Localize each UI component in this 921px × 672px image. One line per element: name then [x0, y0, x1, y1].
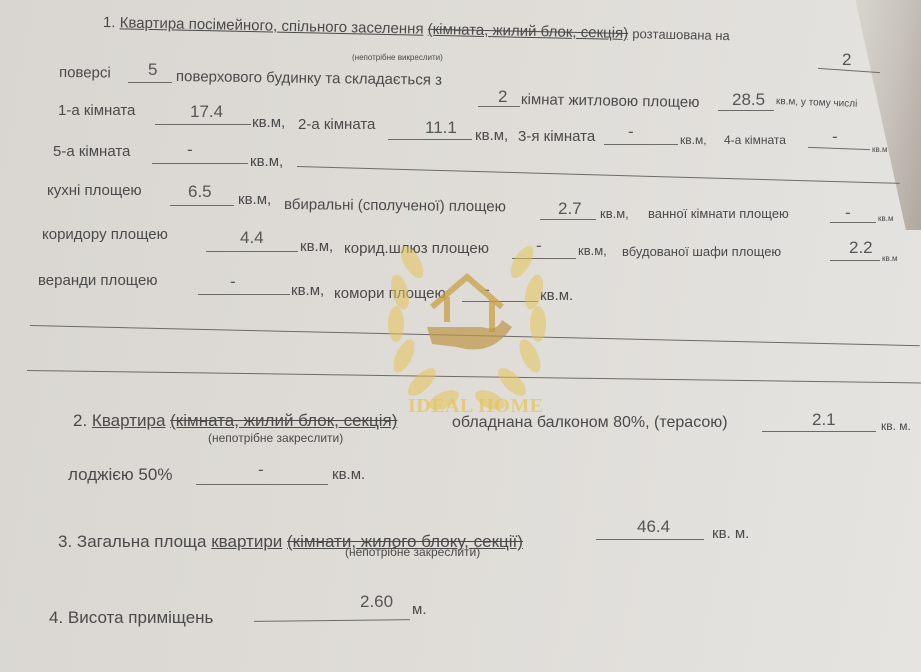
floor-label: поверсі: [59, 64, 111, 82]
total-area-unit: кв. м.: [712, 525, 749, 542]
room-5-unit: кв.м,: [250, 153, 283, 170]
section-title: Квартира посімейного, спільного заселенн…: [120, 14, 424, 37]
balcony-line: [762, 431, 876, 432]
total-area-label: Загальна площа: [77, 532, 207, 551]
section-title: Квартира: [92, 411, 165, 430]
struck-options: (кімната, жилий блок, секція): [170, 411, 397, 430]
kitchen-value: 6.5: [188, 182, 212, 202]
bathroom-line: [830, 222, 876, 223]
bathroom-label: ванної кімнати площею: [648, 206, 789, 221]
watermark-text: IDEAL HOME: [408, 395, 544, 418]
room-1-line: [155, 124, 251, 125]
rooms-count-value: 2: [498, 87, 507, 107]
located-on-label: розташована на: [632, 26, 730, 43]
floor-value: 2: [842, 50, 851, 70]
room-2-line: [388, 139, 472, 140]
wardrobe-unit: кв.м: [882, 254, 897, 263]
section-number: 2.: [73, 411, 87, 430]
cross-out-hint: (непотрібне закреслити): [208, 431, 343, 445]
building-floors-value: 5: [148, 60, 157, 80]
blank-line: [297, 166, 900, 184]
kitchen-line: [170, 205, 234, 206]
veranda-line: [198, 294, 290, 295]
total-area-value: 46.4: [637, 517, 670, 537]
corridor-label: коридору площею: [42, 226, 168, 243]
corridor-unit: кв.м,: [300, 238, 333, 255]
height-unit: м.: [412, 601, 426, 618]
page-edge-shadow: [820, 0, 921, 230]
corridor-value: 4.4: [240, 228, 264, 248]
room-1-label: 1-а кімната: [58, 102, 135, 119]
room-5-value: -: [187, 140, 193, 160]
room-4-line: [808, 147, 870, 150]
room-3-label: 3-я кімната: [518, 128, 595, 145]
blank-line-2: [30, 325, 920, 346]
toilet-line: [540, 219, 596, 220]
section-2-heading: 2. Квартира (кімната, жилий блок, секція…: [73, 411, 397, 431]
toilet-unit: кв.м,: [600, 206, 629, 221]
loggia-line: [196, 484, 328, 485]
balcony-value: 2.1: [812, 410, 836, 430]
wardrobe-label: вбудованої шафи площею: [622, 244, 781, 259]
wardrobe-line: [830, 260, 880, 261]
living-area-value: 28.5: [732, 90, 765, 110]
house-laurel-logo-icon: [372, 232, 562, 422]
veranda-label: веранди площею: [38, 272, 158, 289]
room-5-line: [152, 163, 248, 164]
building-floors-label: поверхового будинку та складається з: [176, 68, 442, 89]
room-4-label: 4-а кімната: [724, 133, 786, 147]
pantry-line: [462, 301, 538, 302]
kitchen-unit: кв.м,: [238, 191, 271, 208]
corridor-line: [206, 251, 298, 252]
section-4-heading: 4. Висота приміщень: [49, 608, 213, 628]
building-floors-line: [128, 82, 172, 83]
room-4-value: -: [832, 127, 838, 147]
loggia-label: лоджією 50%: [68, 465, 172, 485]
struck-options: (кімната, жилий блок, секція): [428, 21, 629, 42]
corridor-lock-line: [512, 258, 576, 259]
rooms-label: кімнат житловою площею: [521, 91, 700, 111]
section-number: 3.: [58, 532, 72, 551]
blank-line-3: [27, 370, 921, 383]
corridor-lock-unit: кв.м,: [578, 243, 607, 258]
loggia-value: -: [258, 460, 264, 480]
kitchen-label: кухні площею: [47, 182, 142, 199]
room-1-unit: кв.м,: [252, 114, 285, 131]
room-3-value: -: [628, 122, 634, 142]
bathroom-value: -: [845, 203, 851, 223]
total-area-line: [596, 539, 704, 540]
wardrobe-value: 2.2: [849, 238, 873, 258]
room-2-label: 2-а кімната: [298, 116, 375, 133]
room-1-value: 17.4: [190, 102, 223, 122]
corridor-lock-label: корид.шлюз площею: [344, 240, 489, 257]
section-title: квартири: [211, 532, 282, 551]
section-number: 1.: [103, 14, 116, 31]
living-area-unit: кв.м, у тому числі: [776, 96, 858, 110]
toilet-value: 2.7: [558, 199, 582, 219]
pantry-value: -: [484, 280, 490, 300]
corridor-lock-value: -: [536, 236, 542, 256]
room-3-unit: кв.м,: [680, 133, 707, 147]
height-value: 2.60: [360, 592, 393, 612]
cross-out-hint: (непотрібне викреслити): [352, 53, 443, 62]
room-4-unit: кв.м: [872, 145, 887, 154]
loggia-unit: кв.м.: [332, 466, 365, 483]
veranda-unit: кв.м,: [291, 282, 324, 299]
height-line: [254, 619, 410, 622]
room-5-label: 5-а кімната: [53, 143, 130, 160]
cross-out-hint: (непотрібне закреслити): [345, 545, 480, 559]
pantry-unit: кв.м.: [540, 287, 573, 304]
room-3-line: [604, 144, 678, 145]
room-2-value: 11.1: [425, 118, 457, 138]
pantry-label: комори площею: [334, 285, 446, 302]
toilet-label: вбиральні вбиральні (сполученої) площею(…: [284, 196, 506, 215]
rooms-count-line: [478, 106, 520, 107]
section-number: 4.: [49, 608, 63, 627]
height-label: Висота приміщень: [68, 608, 214, 627]
bathroom-unit: кв.м: [878, 214, 893, 223]
section-1-heading: 1. Квартира посімейного, спільного засел…: [103, 14, 730, 44]
room-2-unit: кв.м,: [475, 127, 508, 144]
balcony-unit: кв. м.: [881, 419, 911, 433]
living-area-line: [718, 110, 774, 111]
veranda-value: -: [230, 272, 236, 292]
